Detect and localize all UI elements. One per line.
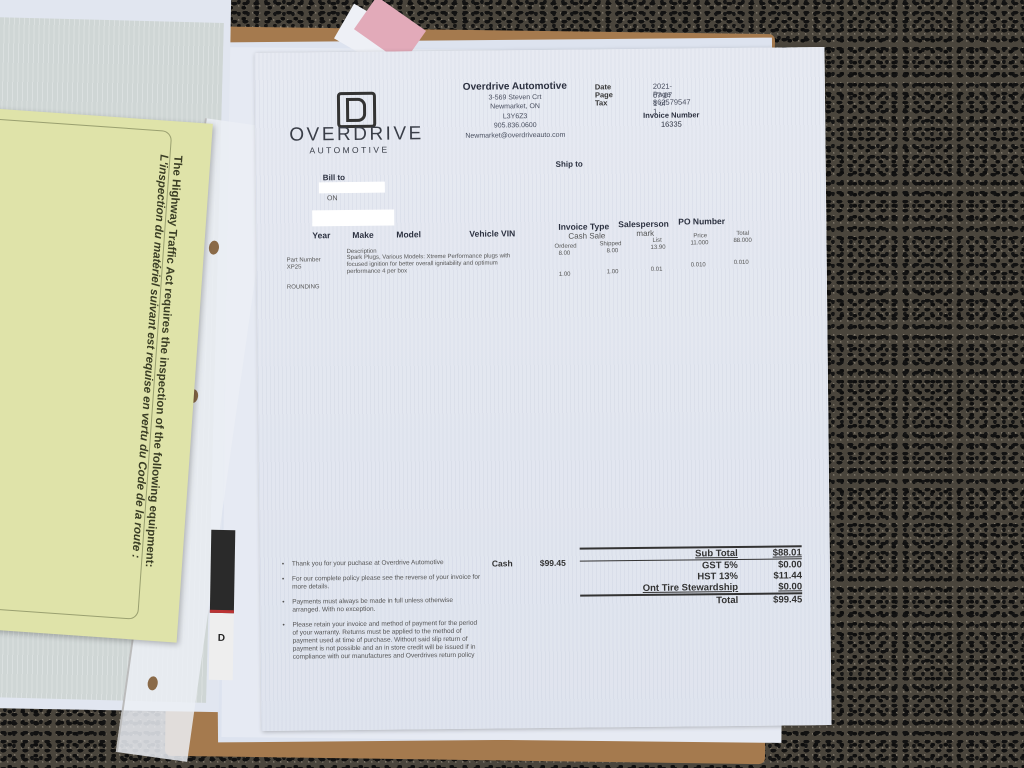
subtotal-row: Sub Total $88.01 [580, 545, 802, 560]
model-header: Model [396, 229, 421, 239]
list-price: 0.01 [651, 267, 663, 273]
company-email: Newmarket@overdriveauto.com [445, 130, 585, 141]
company-block: Overdrive Automotive 3-569 Steven Crt Ne… [445, 82, 586, 141]
tag-dark-band [210, 530, 235, 613]
part-number: XP25 [287, 265, 302, 271]
tire-stewardship-row: Ont Tire Stewardship $0.00 [580, 581, 802, 594]
invoice-number: 16335 [643, 119, 699, 129]
hst-label: HST 13% [697, 571, 752, 583]
part-number-header: Part Number [287, 257, 321, 263]
line-total: 88.000 [733, 238, 751, 244]
salesperson-header: Salesperson [618, 219, 669, 230]
line-total: 0.010 [734, 260, 749, 266]
note: Please retain your invoice and method of… [282, 620, 482, 662]
redacted-name [319, 182, 385, 194]
ordered-qty: 8.00 [559, 251, 571, 257]
vin-header: Vehicle VIN [469, 228, 515, 238]
binder-hole [208, 240, 220, 255]
unit-price: 11.000 [690, 240, 708, 246]
note: Payments must always be made in full unl… [282, 597, 482, 615]
bill-to-province: ON [327, 195, 338, 202]
shipped-qty: 8.00 [607, 248, 619, 254]
tag-label: D [209, 633, 233, 644]
note: For our complete policy please see the r… [282, 574, 482, 592]
payment-method: Cash [492, 558, 513, 568]
totals-block: Sub Total $88.01 GST 5% $0.00 HST 13% $1… [580, 545, 803, 607]
list-price: 13.90 [650, 245, 665, 251]
unit-price: 0.010 [691, 262, 706, 268]
subtotal-value: $88.01 [752, 547, 802, 559]
salesperson-value: mark [636, 229, 654, 238]
tag-strip: D [209, 530, 236, 680]
logo-d-glyph [346, 98, 366, 122]
policy-notes: Thank you for your puchase at Overdrive … [282, 559, 483, 669]
bill-to-label: Bill to [323, 173, 345, 182]
item-description: Spark Plugs, Various Models: Xtreme Perf… [347, 253, 512, 276]
part-number: ROUNDING [287, 284, 320, 290]
inspection-form: The Highway Traffic Act requires the ins… [0, 107, 213, 642]
ship-to-label: Ship to [556, 160, 583, 169]
logo-name: OVERDRIVE [289, 123, 424, 146]
binder-hole [147, 676, 159, 691]
logo-icon [337, 92, 376, 128]
tax-label: Tax [595, 99, 607, 108]
payment-amount: $99.45 [540, 558, 566, 568]
price-header: Price [693, 233, 707, 239]
invoice-number-label: Invoice Number [643, 110, 699, 120]
tire-stewardship-value: $0.00 [752, 581, 802, 593]
tire-stewardship-label: Ont Tire Stewardship [643, 582, 752, 594]
invoice-type-header: Invoice Type [558, 221, 609, 232]
invoice-type-value: Cash Sale [568, 231, 605, 240]
list-header: List [652, 238, 661, 244]
shipped-header: Shipped [599, 241, 621, 247]
subtotal-label: Sub Total [695, 548, 752, 560]
note: Thank you for your puchase at Overdrive … [282, 559, 482, 569]
ordered-qty: 1.00 [559, 272, 571, 278]
year-header: Year [312, 230, 330, 240]
shipped-qty: 1.00 [607, 269, 619, 275]
po-number-header: PO Number [678, 216, 725, 226]
gst-label: GST 5% [702, 560, 752, 572]
total-header: Total [736, 231, 749, 237]
make-header: Make [352, 230, 373, 240]
company-name: Overdrive Automotive [445, 82, 585, 93]
total-row: Total $99.45 [580, 592, 802, 607]
invoice-sheet: OVERDRIVE AUTOMOTIVE Overdrive Automotiv… [254, 47, 831, 731]
total-label: Total [716, 595, 752, 606]
invoice-number-block: Invoice Number 16335 [643, 110, 699, 129]
redacted-address [312, 210, 394, 227]
ordered-header: Ordered [554, 244, 576, 250]
tax-value: 862579547 [653, 98, 691, 107]
hst-value: $11.44 [752, 570, 802, 582]
total-value: $99.45 [752, 594, 802, 606]
gst-value: $0.00 [752, 559, 802, 571]
logo-subtitle: AUTOMOTIVE [309, 145, 389, 156]
